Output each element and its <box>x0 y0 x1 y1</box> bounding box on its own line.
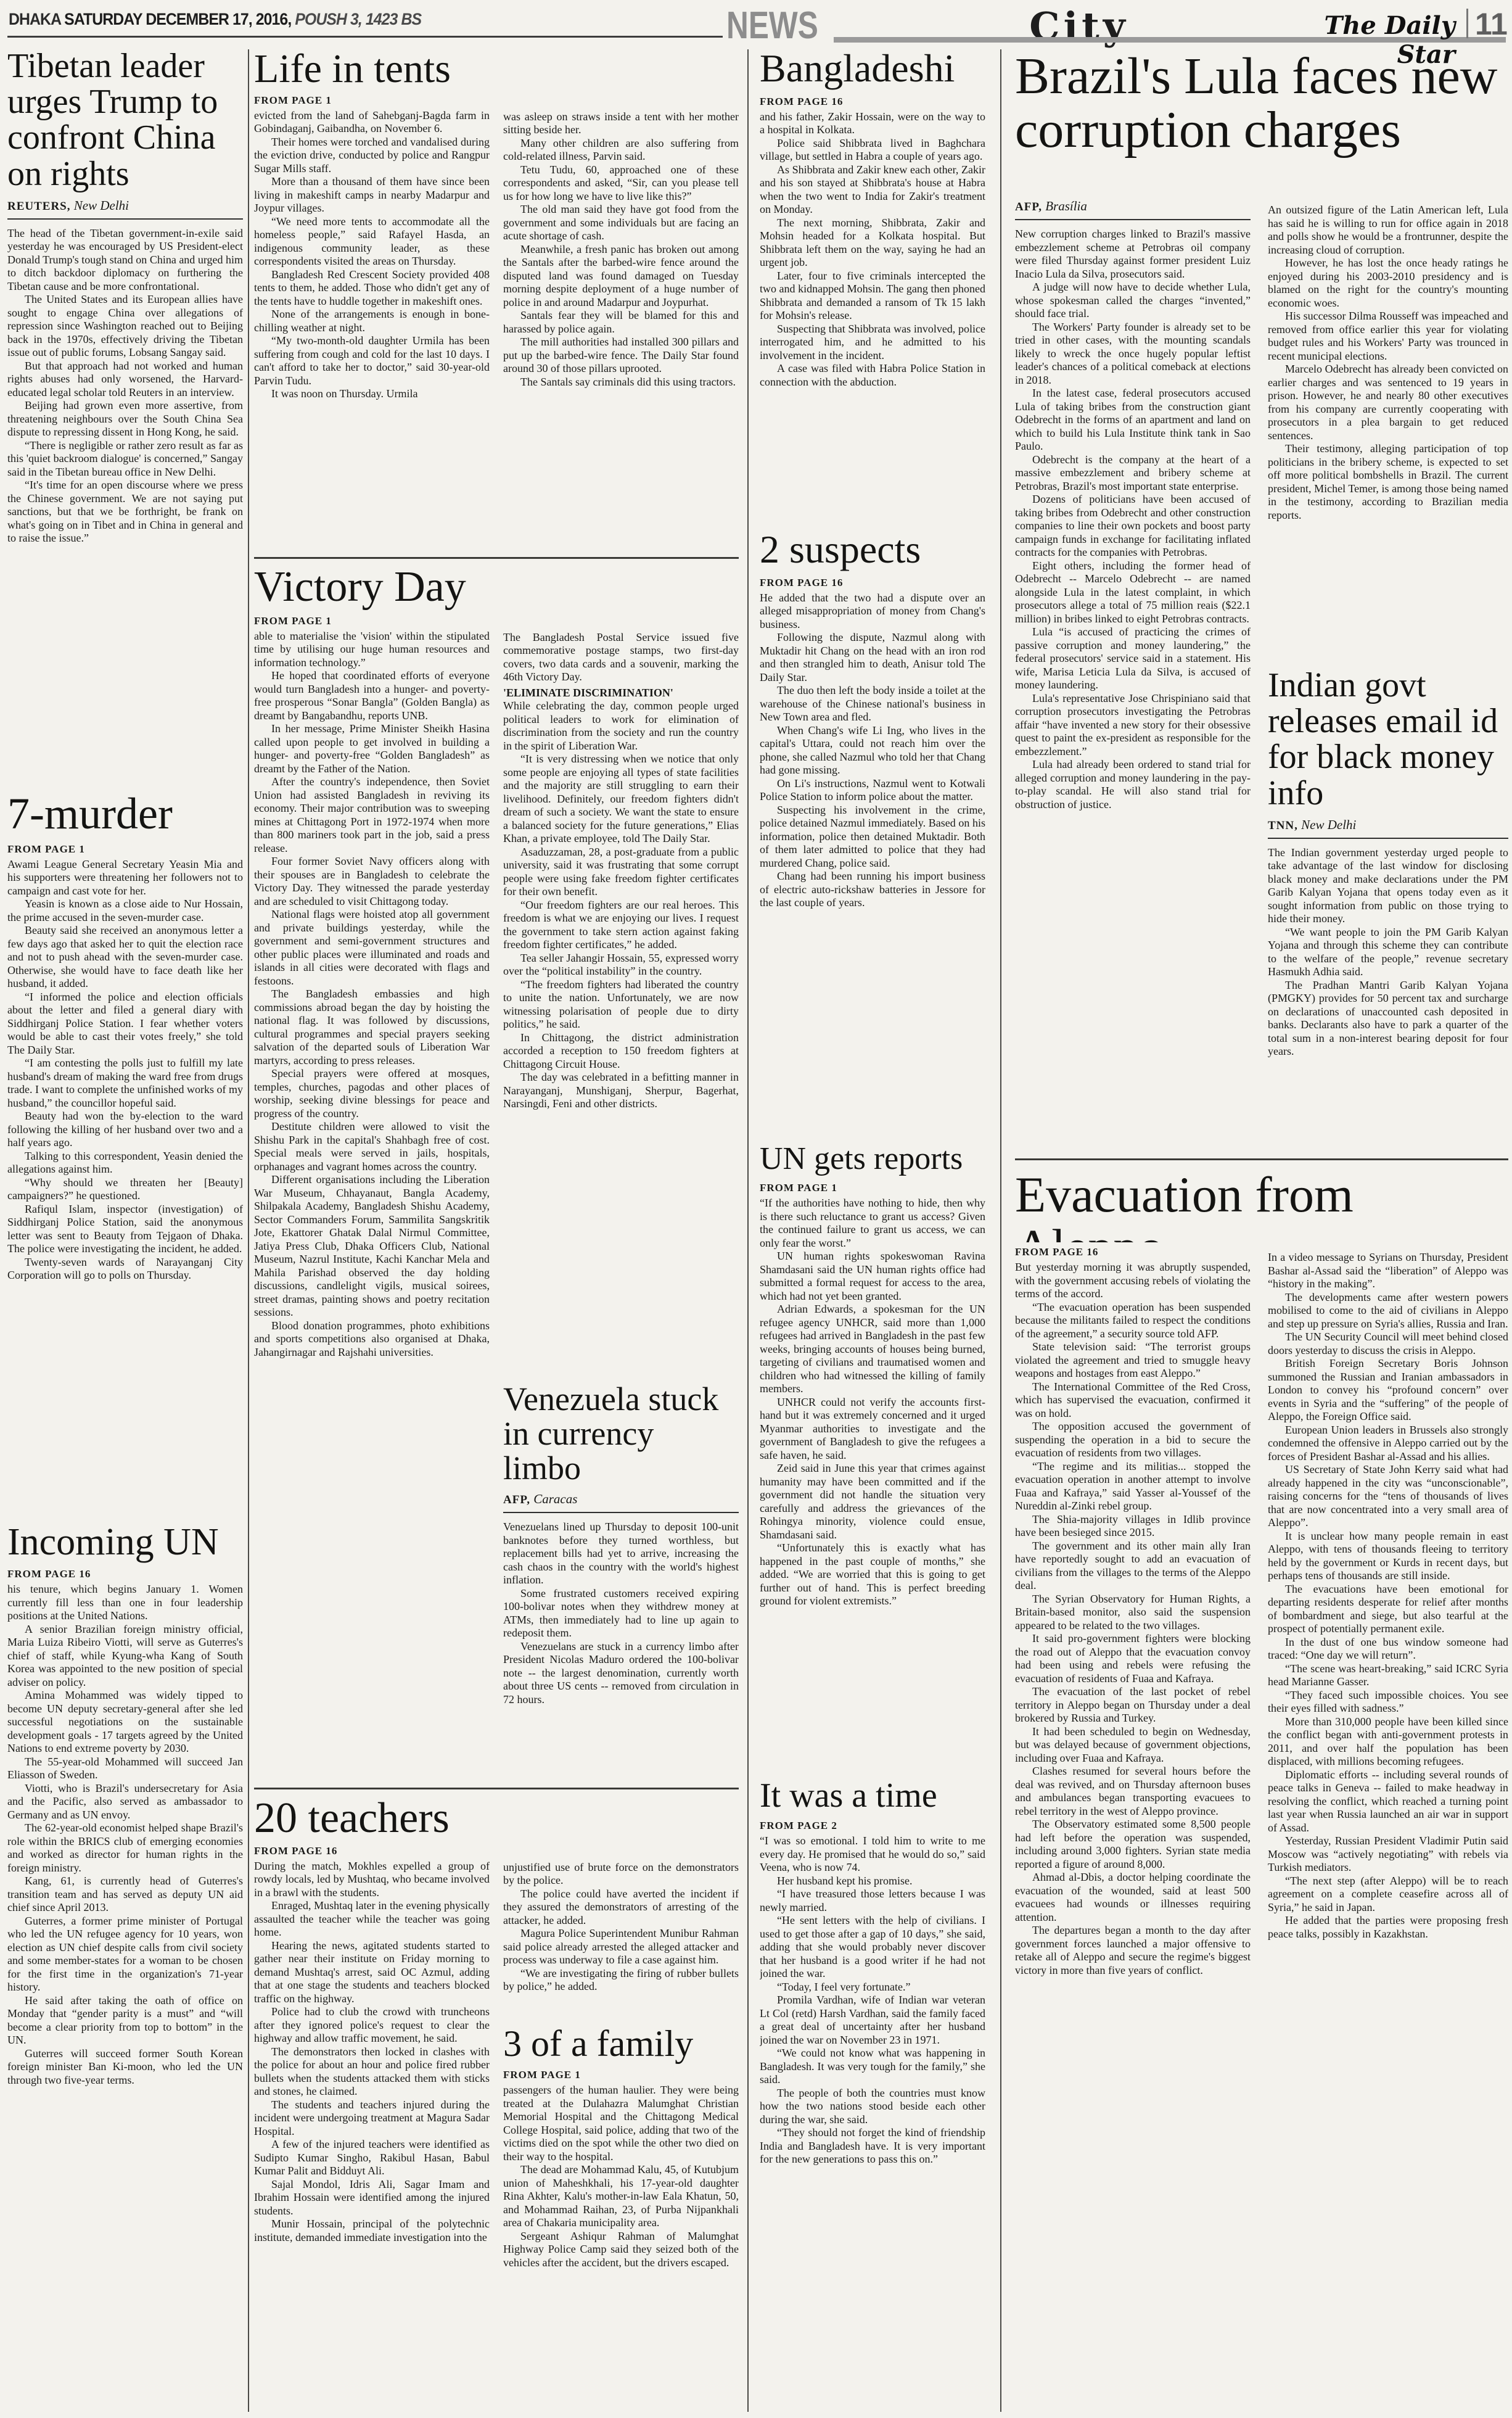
paragraph: Blood donation programmes, photo exhibit… <box>254 1319 490 1360</box>
paragraph: Police had to club the crowd with trunch… <box>254 2005 490 2045</box>
paragraph: The evacuation of the last pocket of reb… <box>1015 1685 1251 1725</box>
article-body: and his father, Zakir Hossain, were on t… <box>760 110 985 389</box>
article-body: “I was so emotional. I told him to write… <box>760 1834 985 2166</box>
article-body: his tenure, which begins January 1. Wome… <box>7 1583 243 2087</box>
article-aleppo-col2: In a video message to Syrians on Thursda… <box>1268 1251 1508 2412</box>
paragraph: and his father, Zakir Hossain, were on t… <box>760 110 985 137</box>
paragraph: Venezuelans lined up Thursday to deposit… <box>503 1521 739 1587</box>
paragraph: passengers of the human haulier. They we… <box>503 2084 739 2163</box>
paragraph: In the dust of one bus window someone ha… <box>1268 1636 1508 1662</box>
paragraph: The demonstrators then locked in clashes… <box>254 2045 490 2098</box>
paragraph: Asaduzzaman, 28, a post-graduate from a … <box>503 846 739 899</box>
paragraph: Hearing the news, agitated students star… <box>254 1939 490 2006</box>
paragraph: The 55-year-old Mohammed will succeed Ja… <box>7 1756 243 1782</box>
paragraph: It said pro-government fighters were blo… <box>1015 1632 1251 1685</box>
from-page-tag: FROM PAGE 1 <box>254 94 490 107</box>
paragraph: Zeid said in June this year that crimes … <box>760 1462 985 1541</box>
column-divider <box>747 49 749 2412</box>
paragraph: Meanwhile, a fresh panic has broken out … <box>503 243 739 310</box>
article-byline: Reuters, New Delhi <box>7 198 243 213</box>
paragraph: The UN Security Council will meet behind… <box>1268 1331 1508 1357</box>
paragraph: “We need more tents to accommodate all t… <box>254 215 490 268</box>
article-7-murder: 7-murder FROM PAGE 1 Awami League Genera… <box>7 791 243 1519</box>
paragraph: “He sent letters with the help of civili… <box>760 1914 985 1981</box>
article-body-col1: During the match, Mokhles expelled a gro… <box>254 1860 490 2390</box>
paragraph: The mill authorities had installed 300 p… <box>503 336 739 376</box>
article-venezuela-currency: Venezuela stuck in currency limbo AFP, C… <box>503 1382 739 1783</box>
paragraph: National flags were hoisted atop all gov… <box>254 908 490 988</box>
paragraph: Four former Soviet Navy officers along w… <box>254 855 490 908</box>
paragraph: It had been scheduled to begin on Wednes… <box>1015 1725 1251 1765</box>
paragraph: The developments came after western powe… <box>1268 1291 1508 1331</box>
article-un-gets-reports: UN gets reports FROM PAGE 1 “If the auth… <box>760 1142 985 1772</box>
paragraph: Amina Mohammed was widely tipped to beco… <box>7 1689 243 1756</box>
paragraph: Dozens of politicians have been accused … <box>1015 493 1251 559</box>
article-headline: Tibetan leader urges Trump to confront C… <box>7 48 243 192</box>
article-headline: 3 of a family <box>503 2024 739 2063</box>
paragraph: “We could not know what was happening in… <box>760 2047 985 2087</box>
paragraph: The next morning, Shibbrata, Zakir and M… <box>760 217 985 270</box>
paragraph: Chang had been running his import busine… <box>760 870 985 910</box>
paragraph: Sajal Mondol, Idris Ali, Sagar Imam and … <box>254 2178 490 2218</box>
article-bangladeshi: Bangladeshi FROM PAGE 16 and his father,… <box>760 48 985 524</box>
article-headline: Victory Day <box>254 565 739 610</box>
article-headline: It was a time <box>760 1778 985 1813</box>
paragraph: “The evacuation operation has been suspe… <box>1015 1301 1251 1341</box>
paragraph: Different organisations including the Li… <box>254 1173 490 1319</box>
paragraph: “I informed the police and election offi… <box>7 991 243 1057</box>
paragraph: Beijing had grown even more assertive, f… <box>7 399 243 439</box>
byline-place: Brasília <box>1045 199 1087 213</box>
paragraph: New corruption charges linked to Brazil'… <box>1015 228 1251 281</box>
paragraph: Lula had already been ordered to stand t… <box>1015 758 1251 811</box>
paragraph: On Li's instructions, Nazmul went to Kot… <box>760 777 985 804</box>
paragraph: The day was celebrated in a befitting ma… <box>503 1071 739 1111</box>
paragraph: An outsized figure of the Latin American… <box>1268 204 1508 257</box>
paragraph: Adrian Edwards, a spokesman for the UN r… <box>760 1303 985 1396</box>
paragraph: The 62-year-old economist helped shape B… <box>7 1822 243 1875</box>
paragraph: However, he has lost the once heady rati… <box>1268 257 1508 310</box>
article-body-col2: In a video message to Syrians on Thursda… <box>1268 1251 1508 1941</box>
paragraph: The people of both the countries must kn… <box>760 2087 985 2127</box>
paragraph: The government and its other main ally I… <box>1015 1540 1251 1593</box>
paragraph: British Foreign Secretary Boris Johnson … <box>1268 1357 1508 1424</box>
article-lula-col1: AFP, Brasília New corruption charges lin… <box>1015 196 1251 1149</box>
paragraph: Awami League General Secretary Yeasin Mi… <box>7 858 243 898</box>
from-page-tag: FROM PAGE 1 <box>254 615 490 627</box>
pagenum-divider <box>1466 9 1468 38</box>
article-aleppo-col1: FROM PAGE 16 But yesterday morning it wa… <box>1015 1245 1251 2412</box>
paragraph: Beauty had won the by-election to the wa… <box>7 1110 243 1150</box>
article-headline: UN gets reports <box>760 1142 985 1176</box>
paragraph: “Today, I feel very fortunate.” <box>760 1981 985 1994</box>
paragraph: Some frustrated customers received expir… <box>503 1587 739 1640</box>
paragraph: The dead are Mohammad Kalu, 45, of Kutub… <box>503 2163 739 2230</box>
paragraph: Special prayers were offered at mosques,… <box>254 1067 490 1120</box>
paragraph: Lula “is accused of practicing the crime… <box>1015 625 1251 692</box>
paragraph: The Syrian Observatory for Human Rights,… <box>1015 1593 1251 1633</box>
paragraph: None of the arrangements is enough in bo… <box>254 308 490 334</box>
article-subhead: 'ELIMINATE DISCRIMINATION' <box>503 687 739 700</box>
article-body-col1: But yesterday morning it was abruptly su… <box>1015 1261 1251 2408</box>
paragraph: Yeasin is known as a close aide to Nur H… <box>7 897 243 924</box>
paragraph: Tea seller Jahangir Hossain, 55, express… <box>503 952 739 978</box>
from-page-tag: FROM PAGE 16 <box>760 577 985 589</box>
paragraph: “Unfortunately this is exactly what has … <box>760 1541 985 1608</box>
paragraph: “It is very distressing when we notice t… <box>503 753 739 846</box>
article-headline: Brazil's Lula faces new corruption charg… <box>1015 49 1508 157</box>
article-aleppo-headline-block: Evacuation from Aleppo <box>1015 1168 1508 1242</box>
paragraph: Their testimony, alleging participation … <box>1268 442 1508 522</box>
paragraph: “They should not forget the kind of frie… <box>760 2126 985 2166</box>
article-body: Awami League General Secretary Yeasin Mi… <box>7 858 243 1282</box>
paragraph: “If the authorities have nothing to hide… <box>760 1197 985 1250</box>
paragraph: A few of the injured teachers were ident… <box>254 2138 490 2178</box>
article-byline: AFP, Caracas <box>503 1492 739 1507</box>
article-body: “If the authorities have nothing to hide… <box>760 1197 985 1608</box>
newspaper-page: DHAKA SATURDAY DECEMBER 17, 2016, POUSH … <box>0 0 1512 2418</box>
paragraph: More than 310,000 people have been kille… <box>1268 1715 1508 1768</box>
article-headline: 2 suspects <box>760 529 985 571</box>
paragraph: US Secretary of State John Kerry said wh… <box>1268 1463 1508 1530</box>
dateline: DHAKA SATURDAY DECEMBER 17, 2016, POUSH … <box>9 10 421 29</box>
paragraph: Rafiqul Islam, inspector (investigation)… <box>7 1203 243 1256</box>
paragraph: Munir Hossain, principal of the polytech… <box>254 2218 490 2244</box>
paragraph: Guterres, a former prime minister of Por… <box>7 1915 243 1994</box>
paragraph: His successor Dilma Rousseff was impeach… <box>1268 310 1508 363</box>
article-body: Venezuelans lined up Thursday to deposit… <box>503 1521 739 1706</box>
paragraph: was asleep on straws inside a tent with … <box>503 110 739 137</box>
article-body-col2: An outsized figure of the Latin American… <box>1268 204 1508 522</box>
article-lula-col2: An outsized figure of the Latin American… <box>1268 204 1508 663</box>
paragraph: able to materialise the 'vision' within … <box>254 630 490 670</box>
paragraph: Following the dispute, Nazmul along with… <box>760 631 985 684</box>
article-separator-rule <box>254 1788 739 1789</box>
paragraph: Guterres will succeed former South Korea… <box>7 2047 243 2087</box>
paragraph: The Bangladesh embassies and high commis… <box>254 988 490 1067</box>
paragraph: The Indian government yesterday urged pe… <box>1268 846 1508 926</box>
paragraph: European Union leaders in Brussels also … <box>1268 1424 1508 1464</box>
paragraph: unjustified use of brute force on the de… <box>503 1861 739 1888</box>
dateline-bs-date: POUSH 3, 1423 BS <box>295 10 421 28</box>
paragraph: Suspecting his involvement in the crime,… <box>760 804 985 870</box>
article-body: The Indian government yesterday urged pe… <box>1268 846 1508 1105</box>
paragraph: Marcelo Odebrecht has already been convi… <box>1268 363 1508 442</box>
article-separator-rule <box>254 557 739 559</box>
paragraph: Her husband kept his promise. <box>760 1875 985 1888</box>
paragraph: He added that the parties were proposing… <box>1268 1914 1508 1941</box>
article-body-col1: able to materialise the 'vision' within … <box>254 630 490 1734</box>
article-byline: TNN, New Delhi <box>1268 817 1508 833</box>
article-incoming-un: Incoming UN FROM PAGE 16 his tenure, whi… <box>7 1522 243 2411</box>
page-number: 11 <box>1475 6 1508 42</box>
paragraph: Promila Vardhan, wife of Indian war vete… <box>760 1994 985 2047</box>
paragraph: Ahmad al-Dbis, a doctor helping coordina… <box>1015 1871 1251 1924</box>
paragraph: “Our freedom fighters are our real heroe… <box>503 899 739 952</box>
paragraph: In Chittagong, the district administrati… <box>503 1031 739 1071</box>
paragraph: Police said Shibbrata lived in Baghchara… <box>760 137 985 163</box>
paragraph: Diplomatic efforts -- including several … <box>1268 1768 1508 1835</box>
article-body-col2b: While celebrating the day, common people… <box>503 699 739 1335</box>
paragraph: After the country's independence, then S… <box>254 775 490 855</box>
paragraph: When Chang's wife Li Ing, who lives in t… <box>760 724 985 777</box>
paragraph: The students and teachers injured during… <box>254 2098 490 2139</box>
article-headline: Indian govt releases email id for black … <box>1268 667 1508 811</box>
paragraph: Santals fear they will be blamed for thi… <box>503 309 739 336</box>
paragraph: He added that the two had a dispute over… <box>760 592 985 632</box>
from-page-tag: FROM PAGE 16 <box>760 96 985 108</box>
article-tibetan-leader: Tibetan leader urges Trump to confront C… <box>7 48 243 785</box>
paragraph: The head of the Tibetan government-in-ex… <box>7 227 243 294</box>
paragraph: State television said: “The terrorist gr… <box>1015 1340 1251 1380</box>
from-page-tag: FROM PAGE 2 <box>760 1820 985 1832</box>
dateline-date: SATURDAY DECEMBER 17, 2016, <box>64 10 291 28</box>
paragraph: A senior Brazilian foreign ministry offi… <box>7 1623 243 1690</box>
paragraph: But yesterday morning it was abruptly su… <box>1015 1261 1251 1301</box>
article-body: The head of the Tibetan government-in-ex… <box>7 227 243 545</box>
paragraph: Later, four to five criminals intercepte… <box>760 270 985 323</box>
paragraph: The Observatory estimated some 8,500 peo… <box>1015 1818 1251 1871</box>
paragraph: Many other children are also suffering f… <box>503 137 739 163</box>
paragraph: The police could have averted the incide… <box>503 1888 739 1928</box>
paragraph: “I am contesting the polls just to fulfi… <box>7 1057 243 1110</box>
paragraph: During the match, Mokhles expelled a gro… <box>254 1860 490 1900</box>
paragraph: Clashes resumed for several hours before… <box>1015 1765 1251 1818</box>
paragraph: his tenure, which begins January 1. Wome… <box>7 1583 243 1623</box>
article-headline: Incoming UN <box>7 1522 243 1562</box>
paragraph: “Why should we threaten her [Beauty] cam… <box>7 1176 243 1203</box>
byline-agency: Reuters, <box>7 200 71 213</box>
paragraph: “I was so emotional. I told him to write… <box>760 1834 985 1875</box>
article-life-in-tents: Life in tents FROM PAGE 1 evicted from t… <box>254 48 739 552</box>
article-headline: Life in tents <box>254 48 739 91</box>
paragraph: In the latest case, federal prosecutors … <box>1015 387 1251 453</box>
paragraph: A judge will now have to decide whether … <box>1015 281 1251 321</box>
paragraph: It was noon on Thursday. Urmila <box>254 387 490 401</box>
paragraph: “The freedom fighters had liberated the … <box>503 978 739 1031</box>
paragraph: UN human rights spokeswoman Ravina Shamd… <box>760 1250 985 1303</box>
article-it-was-a-time: It was a time FROM PAGE 2 “I was so emot… <box>760 1778 985 2412</box>
section-label-news: NEWS <box>726 4 818 47</box>
paragraph: “There is negligible or rather zero resu… <box>7 439 243 479</box>
paragraph: The Workers' Party founder is already se… <box>1015 321 1251 387</box>
article-byline: AFP, Brasília <box>1015 199 1251 214</box>
from-page-tag: FROM PAGE 1 <box>7 843 243 856</box>
column-divider <box>248 49 249 2412</box>
paragraph: Yesterday, Russian President Vladimir Pu… <box>1268 1834 1508 1875</box>
paragraph: The United States and its European allie… <box>7 293 243 360</box>
from-page-tag: FROM PAGE 16 <box>7 1568 243 1580</box>
article-headline: Venezuela stuck in currency limbo <box>503 1382 739 1485</box>
byline-agency: AFP, <box>503 1493 530 1506</box>
article-body: passengers of the human haulier. They we… <box>503 2084 739 2269</box>
article-headline: 7-murder <box>7 791 243 837</box>
byline-rule <box>7 218 243 220</box>
article-headline: Bangladeshi <box>760 48 985 89</box>
paragraph: “The next step (after Aleppo) will be to… <box>1268 1875 1508 1915</box>
paragraph: The evacuations have been emotional for … <box>1268 1583 1508 1636</box>
paragraph: The departures began a month to the day … <box>1015 1924 1251 1977</box>
paragraph: The International Committee of the Red C… <box>1015 1380 1251 1421</box>
paragraph: But that approach had not worked and hum… <box>7 360 243 400</box>
article-body-col1: evicted from the land of Sahebganj-Bagda… <box>254 109 490 504</box>
byline-agency: AFP, <box>1015 200 1042 213</box>
from-page-tag: FROM PAGE 16 <box>1015 1246 1251 1258</box>
paragraph: Lula's representative Jose Chrispiniano … <box>1015 692 1251 759</box>
paragraph: The Santals say criminals did this using… <box>503 376 739 389</box>
paragraph: evicted from the land of Sahebganj-Bagda… <box>254 109 490 136</box>
paragraph: Talking to this correspondent, Yeasin de… <box>7 1150 243 1176</box>
paragraph: The Pradhan Mantri Garib Kalyan Yojana (… <box>1268 979 1508 1058</box>
dateline-rule <box>7 36 723 38</box>
paragraph: As Shibbrata and Zakir knew each other, … <box>760 163 985 217</box>
paragraph: Kang, 61, is currently head of Guterres'… <box>7 1875 243 1915</box>
paragraph: Suspecting that Shibbrata was involved, … <box>760 323 985 363</box>
paragraph: Their homes were torched and vandalised … <box>254 136 490 176</box>
paragraph: The duo then left the body inside a toil… <box>760 684 985 724</box>
byline-place: Caracas <box>533 1492 577 1506</box>
paragraph: UNHCR could not verify the accounts firs… <box>760 1396 985 1463</box>
dateline-city: DHAKA <box>9 10 60 28</box>
paragraph: Magura Police Superintendent Munibur Rah… <box>503 1927 739 1967</box>
paragraph: In her message, Prime Minister Sheikh Ha… <box>254 722 490 775</box>
article-body-col2a: The Bangladesh Postal Service issued fiv… <box>503 631 739 684</box>
paragraph: Odebrecht is the company at the heart of… <box>1015 453 1251 493</box>
article-indian-govt-black-money: Indian govt releases email id for black … <box>1268 667 1508 1142</box>
paragraph: While celebrating the day, common people… <box>503 699 739 753</box>
byline-rule <box>1268 838 1508 839</box>
paragraph: “The regime and its militias... stopped … <box>1015 1460 1251 1513</box>
paragraph: “I have treasured those letters because … <box>760 1888 985 1914</box>
paragraph: Eight others, including the former head … <box>1015 559 1251 626</box>
paragraph: He hoped that coordinated efforts of eve… <box>254 669 490 722</box>
paragraph: Viotti, who is Brazil's undersecretary f… <box>7 1782 243 1822</box>
byline-agency: TNN, <box>1268 819 1298 832</box>
paragraph: In a video message to Syrians on Thursda… <box>1268 1251 1508 1291</box>
article-body-col1: New corruption charges linked to Brazil'… <box>1015 228 1251 1128</box>
from-page-tag: FROM PAGE 1 <box>760 1182 985 1194</box>
paragraph: He said after taking the oath of office … <box>7 1994 243 2047</box>
paragraph: Tetu Tudu, 60, approached one of these c… <box>503 163 739 204</box>
article-headline: 20 teachers <box>254 1796 739 1841</box>
byline-rule <box>503 1512 739 1513</box>
from-page-tag: FROM PAGE 1 <box>503 2069 739 2081</box>
paragraph: Twenty-seven wards of Narayanganj City C… <box>7 1256 243 1282</box>
byline-place: New Delhi <box>74 198 129 213</box>
article-3-of-a-family: 3 of a family FROM PAGE 1 passengers of … <box>503 2024 739 2412</box>
paragraph: Bangladesh Red Crescent Society provided… <box>254 268 490 308</box>
paragraph: Enraged, Mushtaq later in the evening ph… <box>254 1899 490 1939</box>
byline-rule <box>1015 219 1251 220</box>
paragraph: The Bangladesh Postal Service issued fiv… <box>503 631 739 684</box>
byline-place: New Delhi <box>1301 817 1356 832</box>
paragraph: Beauty said she received an anonymous le… <box>7 924 243 991</box>
paragraph: The old man said they have got food from… <box>503 203 739 243</box>
article-2-suspects: 2 suspects FROM PAGE 16 He added that th… <box>760 529 985 1137</box>
article-separator-rule <box>1015 1158 1508 1160</box>
paragraph: The opposition accused the government of… <box>1015 1420 1251 1460</box>
paragraph: More than a thousand of them have since … <box>254 175 490 215</box>
paragraph: “My two-month-old daughter Urmila has be… <box>254 334 490 387</box>
paragraph: “They faced such impossible choices. You… <box>1268 1689 1508 1715</box>
paragraph: “We are investigating the firing of rubb… <box>503 1967 739 1994</box>
from-page-tag: FROM PAGE 16 <box>254 1845 490 1857</box>
paragraph: Sergeant Ashiqur Rahman of Malumghat Hig… <box>503 2230 739 2270</box>
paragraph: The Shia-majority villages in Idlib prov… <box>1015 1513 1251 1540</box>
paragraph: “We want people to join the PM Garib Kal… <box>1268 926 1508 979</box>
paragraph: Venezuelans are stuck in a currency limb… <box>503 1640 739 1707</box>
article-headline: Evacuation from Aleppo <box>1015 1168 1508 1242</box>
column-divider <box>1000 49 1001 2412</box>
article-body-col2: was asleep on straws inside a tent with … <box>503 93 739 550</box>
paragraph: “The scene was heart-breaking,” said ICR… <box>1268 1662 1508 1689</box>
paragraph: A case was filed with Habra Police Stati… <box>760 362 985 389</box>
article-body: He added that the two had a dispute over… <box>760 592 985 910</box>
article-lula-headline-block: Brazil's Lula faces new corruption charg… <box>1015 49 1508 191</box>
paragraph: It is unclear how many people remain in … <box>1268 1530 1508 1583</box>
paragraph: “It's time for an open discourse where w… <box>7 479 243 545</box>
paragraph: Destitute children were allowed to visit… <box>254 1120 490 1173</box>
